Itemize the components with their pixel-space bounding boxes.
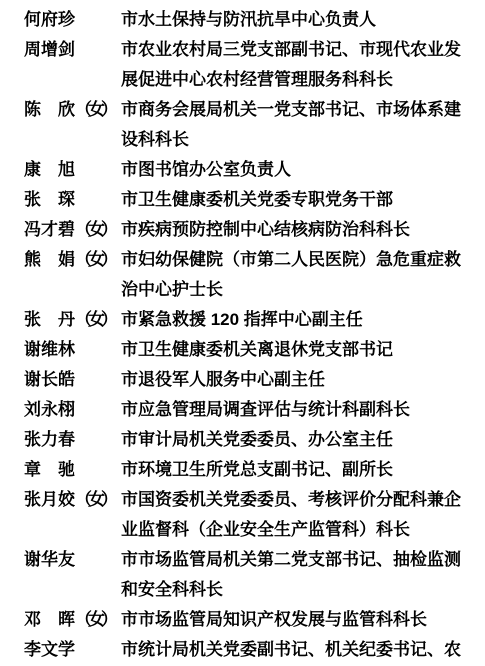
person-name: 邓 晖 (24, 605, 75, 635)
person-name: 李文学 (24, 635, 75, 665)
female-marker: （女） (75, 485, 114, 515)
person-role: 市国资委机关党委委员、考核评价分配科兼企业监督科（企业安全生产监管科）科长 (121, 485, 467, 545)
person-name: 章 驰 (24, 455, 75, 485)
person-role: 市市场监管局知识产权发展与监管科科长 (121, 605, 467, 635)
name-cell: 李文学 (24, 635, 121, 665)
entry-row: 谢华友 市市场监管局机关第二党支部书记、抽检监测和安全科科长 (24, 545, 467, 605)
person-role: 市紧急救援 120 指挥中心副主任 (121, 305, 467, 335)
person-role: 市市场监管局机关第二党支部书记、抽检监测和安全科科长 (121, 545, 467, 605)
female-marker: （女） (75, 245, 114, 275)
person-name: 何府珍 (24, 5, 75, 35)
person-name: 张 丹 (24, 305, 75, 335)
entry-row: 张月姣（女） 市国资委机关党委委员、考核评价分配科兼企业监督科（企业安全生产监管… (24, 485, 467, 545)
name-cell: 张 丹（女） (24, 305, 121, 335)
document-page: 何府珍 市水土保持与防汛抗旱中心负责人 周增剑 市农业农村局三党支部副书记、市现… (0, 0, 485, 666)
entry-row: 张力春 市审计局机关党委委员、办公室主任 (24, 425, 467, 455)
female-marker: （女） (75, 215, 114, 245)
entry-row: 李文学 市统计局机关党委副书记、机关纪委书记、农 (24, 635, 467, 665)
name-cell: 张月姣（女） (24, 485, 121, 515)
name-cell: 谢华友 (24, 545, 121, 575)
person-role: 市卫生健康委机关离退休党支部书记 (121, 335, 467, 365)
entry-row: 张 丹（女） 市紧急救援 120 指挥中心副主任 (24, 305, 467, 335)
entry-row: 熊 娟（女） 市妇幼保健院（市第二人民医院）急危重症救治中心护士长 (24, 245, 467, 305)
person-name: 张 琛 (24, 185, 75, 215)
name-cell: 周增剑 (24, 35, 121, 65)
person-role: 市图书馆办公室负责人 (121, 155, 467, 185)
name-cell: 邓 晖（女） (24, 605, 121, 635)
person-role: 市商务会展局机关一党支部书记、市场体系建设科科长 (121, 95, 467, 155)
person-name: 谢维林 (24, 335, 75, 365)
person-role: 市应急管理局调查评估与统计科副科长 (121, 395, 467, 425)
name-cell: 何府珍 (24, 5, 121, 35)
person-name: 张力春 (24, 425, 75, 455)
name-cell: 冯才碧（女） (24, 215, 121, 245)
entry-row: 陈 欣（女） 市商务会展局机关一党支部书记、市场体系建设科科长 (24, 95, 467, 155)
entry-row: 康 旭 市图书馆办公室负责人 (24, 155, 467, 185)
name-cell: 谢维林 (24, 335, 121, 365)
person-name: 张月姣 (24, 485, 75, 515)
female-marker: （女） (75, 95, 114, 125)
person-name: 谢长皓 (24, 365, 75, 395)
entry-row: 张 琛 市卫生健康委机关党委专职党务干部 (24, 185, 467, 215)
person-role: 市退役军人服务中心副主任 (121, 365, 467, 395)
name-cell: 熊 娟（女） (24, 245, 121, 275)
person-role: 市环境卫生所党总支副书记、副所长 (121, 455, 467, 485)
entry-row: 刘永栩 市应急管理局调查评估与统计科副科长 (24, 395, 467, 425)
person-role: 市统计局机关党委副书记、机关纪委书记、农 (121, 635, 467, 665)
person-role: 市审计局机关党委委员、办公室主任 (121, 425, 467, 455)
person-name: 康 旭 (24, 155, 75, 185)
person-role: 市疾病预防控制中心结核病防治科科长 (121, 215, 467, 245)
name-cell: 张力春 (24, 425, 121, 455)
female-marker: （女） (75, 305, 114, 335)
person-name: 周增剑 (24, 35, 75, 65)
person-role: 市水土保持与防汛抗旱中心负责人 (121, 5, 467, 35)
entry-row: 章 驰 市环境卫生所党总支副书记、副所长 (24, 455, 467, 485)
person-name: 熊 娟 (24, 245, 75, 275)
entry-row: 谢维林 市卫生健康委机关离退休党支部书记 (24, 335, 467, 365)
name-cell: 谢长皓 (24, 365, 121, 395)
entry-row: 何府珍 市水土保持与防汛抗旱中心负责人 (24, 5, 467, 35)
entry-row: 邓 晖（女） 市市场监管局知识产权发展与监管科科长 (24, 605, 467, 635)
person-role: 市农业农村局三党支部副书记、市现代农业发展促进中心农村经营管理服务科科长 (121, 35, 467, 95)
entries-list: 何府珍 市水土保持与防汛抗旱中心负责人 周增剑 市农业农村局三党支部副书记、市现… (24, 5, 467, 665)
entry-row: 周增剑 市农业农村局三党支部副书记、市现代农业发展促进中心农村经营管理服务科科长 (24, 35, 467, 95)
name-cell: 康 旭 (24, 155, 121, 185)
name-cell: 陈 欣（女） (24, 95, 121, 125)
person-name: 谢华友 (24, 545, 75, 575)
name-cell: 章 驰 (24, 455, 121, 485)
person-role: 市妇幼保健院（市第二人民医院）急危重症救治中心护士长 (121, 245, 467, 305)
person-name: 冯才碧 (24, 215, 75, 245)
name-cell: 刘永栩 (24, 395, 121, 425)
person-name: 刘永栩 (24, 395, 75, 425)
female-marker: （女） (75, 605, 114, 635)
name-cell: 张 琛 (24, 185, 121, 215)
person-name: 陈 欣 (24, 95, 75, 125)
person-role: 市卫生健康委机关党委专职党务干部 (121, 185, 467, 215)
entry-row: 冯才碧（女） 市疾病预防控制中心结核病防治科科长 (24, 215, 467, 245)
entry-row: 谢长皓 市退役军人服务中心副主任 (24, 365, 467, 395)
